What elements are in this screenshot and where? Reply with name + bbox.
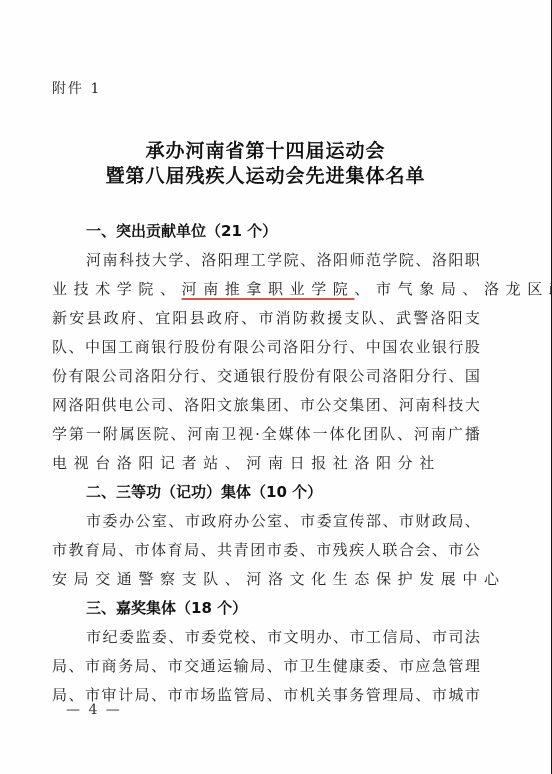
section-1-line-head: 业技术学院、 xyxy=(52,278,182,300)
section-1-line: 队、中国工商银行股份有限公司洛阳分行、中国农业银行股 xyxy=(52,336,480,358)
page-number: — 4 — xyxy=(66,702,122,718)
highlighted-item: 河南推拿职业学院 xyxy=(182,278,355,300)
attachment-label: 附件 1 xyxy=(52,78,101,98)
section-3-line: 市纪委监委、市委党校、市文明办、市工信局、市司法 xyxy=(86,626,480,648)
document-page: 附件 1 承办河南省第十四届运动会 暨第八届残疾人运动会先进集体名单 一、突出贡… xyxy=(0,0,552,774)
section-heading-1: 一、突出贡献单位（21 个） xyxy=(86,220,277,242)
section-heading-3: 三、嘉奖集体（18 个） xyxy=(86,597,247,619)
section-heading-2: 二、三等功（记功）集体（10 个） xyxy=(86,481,322,503)
section-3-line: 局、市商务局、市交通运输局、市卫生健康委、市应急管理 xyxy=(52,655,480,677)
section-1-line: 学第一附属医院、河南卫视·全媒体一体化团队、河南广播 xyxy=(52,423,480,445)
document-title-line-2: 暨第八届残疾人运动会先进集体名单 xyxy=(0,161,531,188)
section-2-line: 市委办公室、市政府办公室、市委宣传部、市财政局、 xyxy=(86,510,480,532)
document-title-line-1: 承办河南省第十四届运动会 xyxy=(0,136,531,163)
section-1-line: 份有限公司洛阳分行、交通银行股份有限公司洛阳分行、国 xyxy=(52,365,480,387)
section-1-line: 网洛阳供电公司、洛阳文旅集团、市公交集团、河南科技大 xyxy=(52,394,480,416)
section-1-line: 电视台洛阳记者站、河南日报社洛阳分社 xyxy=(52,452,480,474)
section-1-line-tail: 、市气象局、洛龙区政府、 xyxy=(354,278,552,300)
section-2-line: 市教育局、市体育局、共青团市委、市残疾人联合会、市公 xyxy=(52,539,480,561)
section-1-line: 业技术学院、河南推拿职业学院、市气象局、洛龙区政府、 xyxy=(52,278,480,300)
section-1-line: 河南科技大学、洛阳理工学院、洛阳师范学院、洛阳职 xyxy=(86,249,480,271)
section-1-line: 新安县政府、宜阳县政府、市消防救援支队、武警洛阳支 xyxy=(52,307,480,329)
section-2-line: 安局交通警察支队、河洛文化生态保护发展中心 xyxy=(52,568,480,590)
